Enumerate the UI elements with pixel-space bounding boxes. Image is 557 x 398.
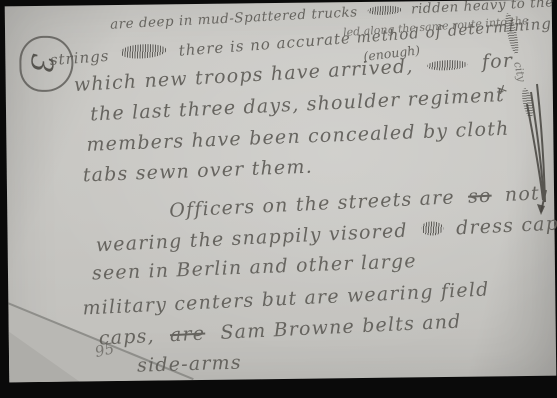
body-line-6: wearing the snappily visored dress cap <box>95 213 557 257</box>
notebook-page: 3 are deep in mud-Spattered trucks ridde… <box>5 0 557 382</box>
scribbled-out-blob <box>120 43 167 60</box>
body-line-4-text: tabs sewn over them. <box>82 156 313 187</box>
plus-mark-margin: + <box>493 79 511 100</box>
body-line-3-text: members have been concealed by cloth <box>86 118 510 156</box>
body-line-9b-text: Sam Browne belts and <box>220 310 462 343</box>
scribbled-out-mark <box>421 221 444 236</box>
plus-mark-margin-text: + <box>493 79 511 100</box>
body-line-6b-text: dress cap <box>456 213 557 240</box>
margin-note-text: city <box>511 60 528 83</box>
body-line-3: members have been concealed by cloth <box>86 118 510 156</box>
body-line-9: caps, are Sam Browne belts and <box>98 310 462 349</box>
body-line-7: seen in Berlin and other large <box>92 250 418 284</box>
margin-scrawl <box>520 88 535 119</box>
body-line-4: tabs sewn over them. <box>82 156 313 187</box>
struck-word: are <box>169 323 205 347</box>
scribbled-out-word <box>428 59 468 71</box>
body-line-6a-text: wearing the snappily visored <box>95 220 408 257</box>
struck-word: so <box>468 185 493 208</box>
header-line-3a-text: strings <box>49 47 110 69</box>
scribbled-out-word <box>367 5 401 16</box>
body-line-10-text: side-arms <box>137 352 242 377</box>
body-line-5b-text: not <box>504 182 540 206</box>
body-line-7-text: seen in Berlin and other large <box>92 250 418 284</box>
header-line-1-text: are deep in mud-Spattered trucks <box>110 4 358 33</box>
photo-frame: 3 are deep in mud-Spattered trucks ridde… <box>0 0 557 398</box>
body-line-10: side-arms <box>137 352 242 377</box>
body-line-5a-text: Officers on the streets are <box>169 186 456 221</box>
